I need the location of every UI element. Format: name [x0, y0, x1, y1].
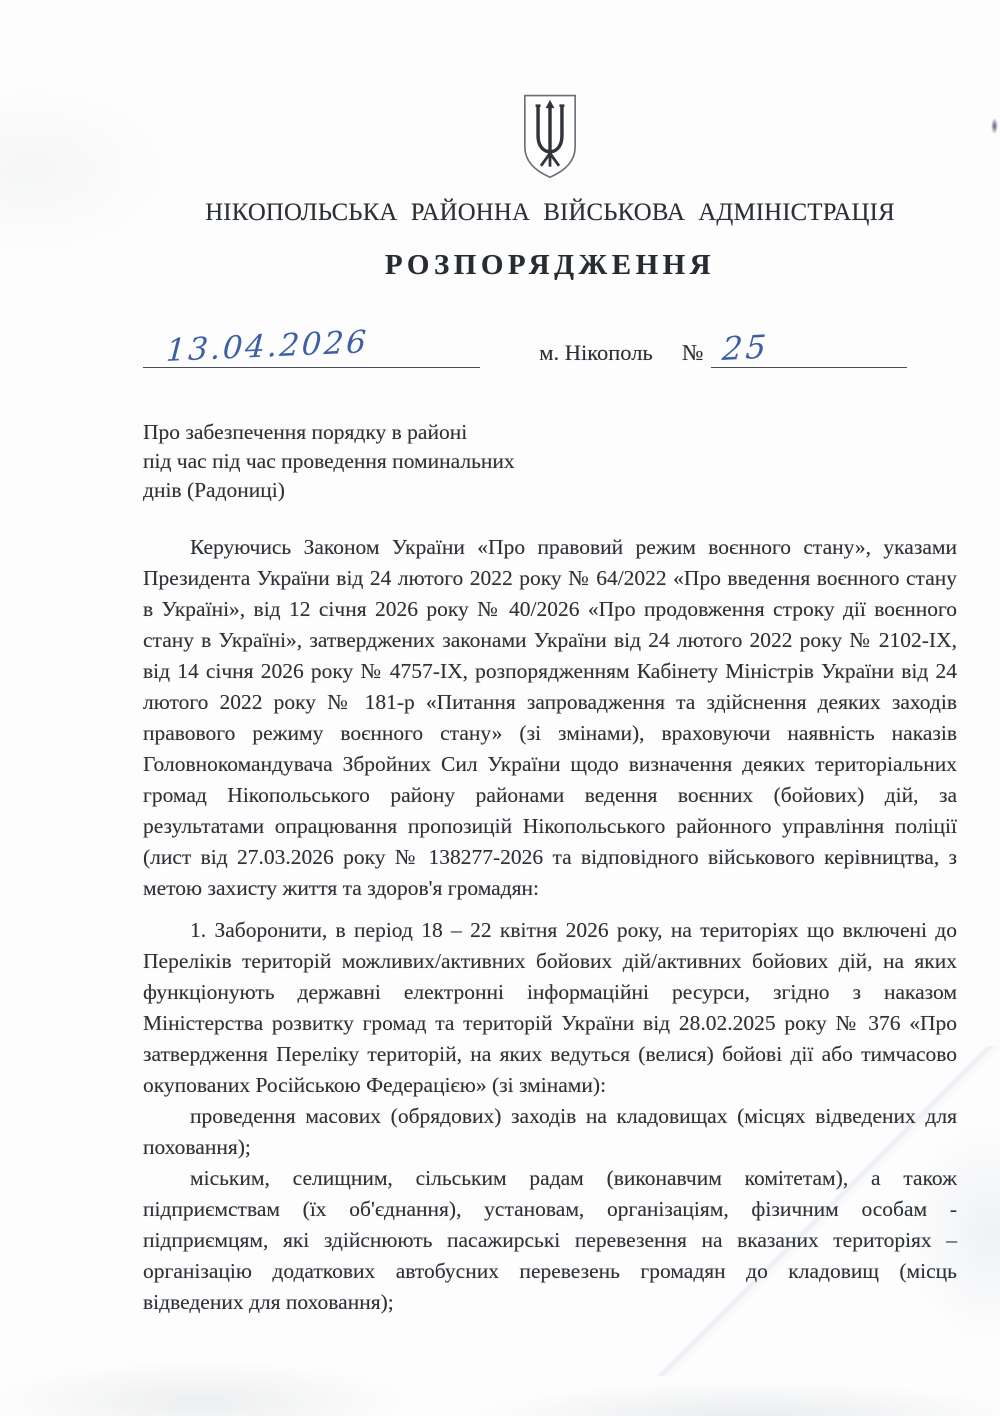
handwritten-number: 25: [721, 327, 770, 368]
item-1-subparagraph-b: міським, селищним, сільським радам (вико…: [143, 1163, 957, 1318]
emblem-container: [143, 93, 957, 181]
document-number-block: № 25: [682, 322, 907, 368]
organization-name: НІКОПОЛЬСЬКА РАЙОННА ВІЙСЬКОВА АДМІНІСТР…: [147, 199, 953, 227]
number-underline: 25: [711, 321, 907, 368]
ukraine-trident-icon: [518, 93, 582, 181]
subject-block: Про забезпечення порядку в районі під ча…: [143, 418, 593, 505]
document-content: НІКОПОЛЬСЬКА РАЙОННА ВІЙСЬКОВА АДМІНІСТР…: [0, 0, 1000, 1318]
subject-line-2: під час під час проведення поминальних: [143, 447, 593, 476]
place-name: м. Нікополь: [480, 340, 682, 368]
document-type-title: РОЗПОРЯДЖЕННЯ: [143, 249, 957, 282]
number-sign-label: №: [682, 340, 703, 368]
date-underline: 13.04.2026: [143, 321, 480, 368]
preamble-paragraph: Керуючись Законом України «Про правовий …: [143, 532, 957, 904]
subject-line-1: Про забезпечення порядку в районі: [143, 418, 593, 447]
item-1-paragraph: 1. Заборонити, в період 18 – 22 квітня 2…: [143, 915, 957, 1101]
requisites-row: 13.04.2026 м. Нікополь № 25: [143, 322, 957, 368]
document-body: Керуючись Законом України «Про правовий …: [143, 532, 957, 1318]
scanned-document-page: НІКОПОЛЬСЬКА РАЙОННА ВІЙСЬКОВА АДМІНІСТР…: [0, 0, 1000, 1416]
item-1-subparagraph-a: проведення масових (обрядових) заходів н…: [143, 1101, 957, 1163]
handwritten-date: 13.04.2026: [165, 324, 370, 369]
subject-line-3: днів (Радониці): [143, 476, 593, 505]
